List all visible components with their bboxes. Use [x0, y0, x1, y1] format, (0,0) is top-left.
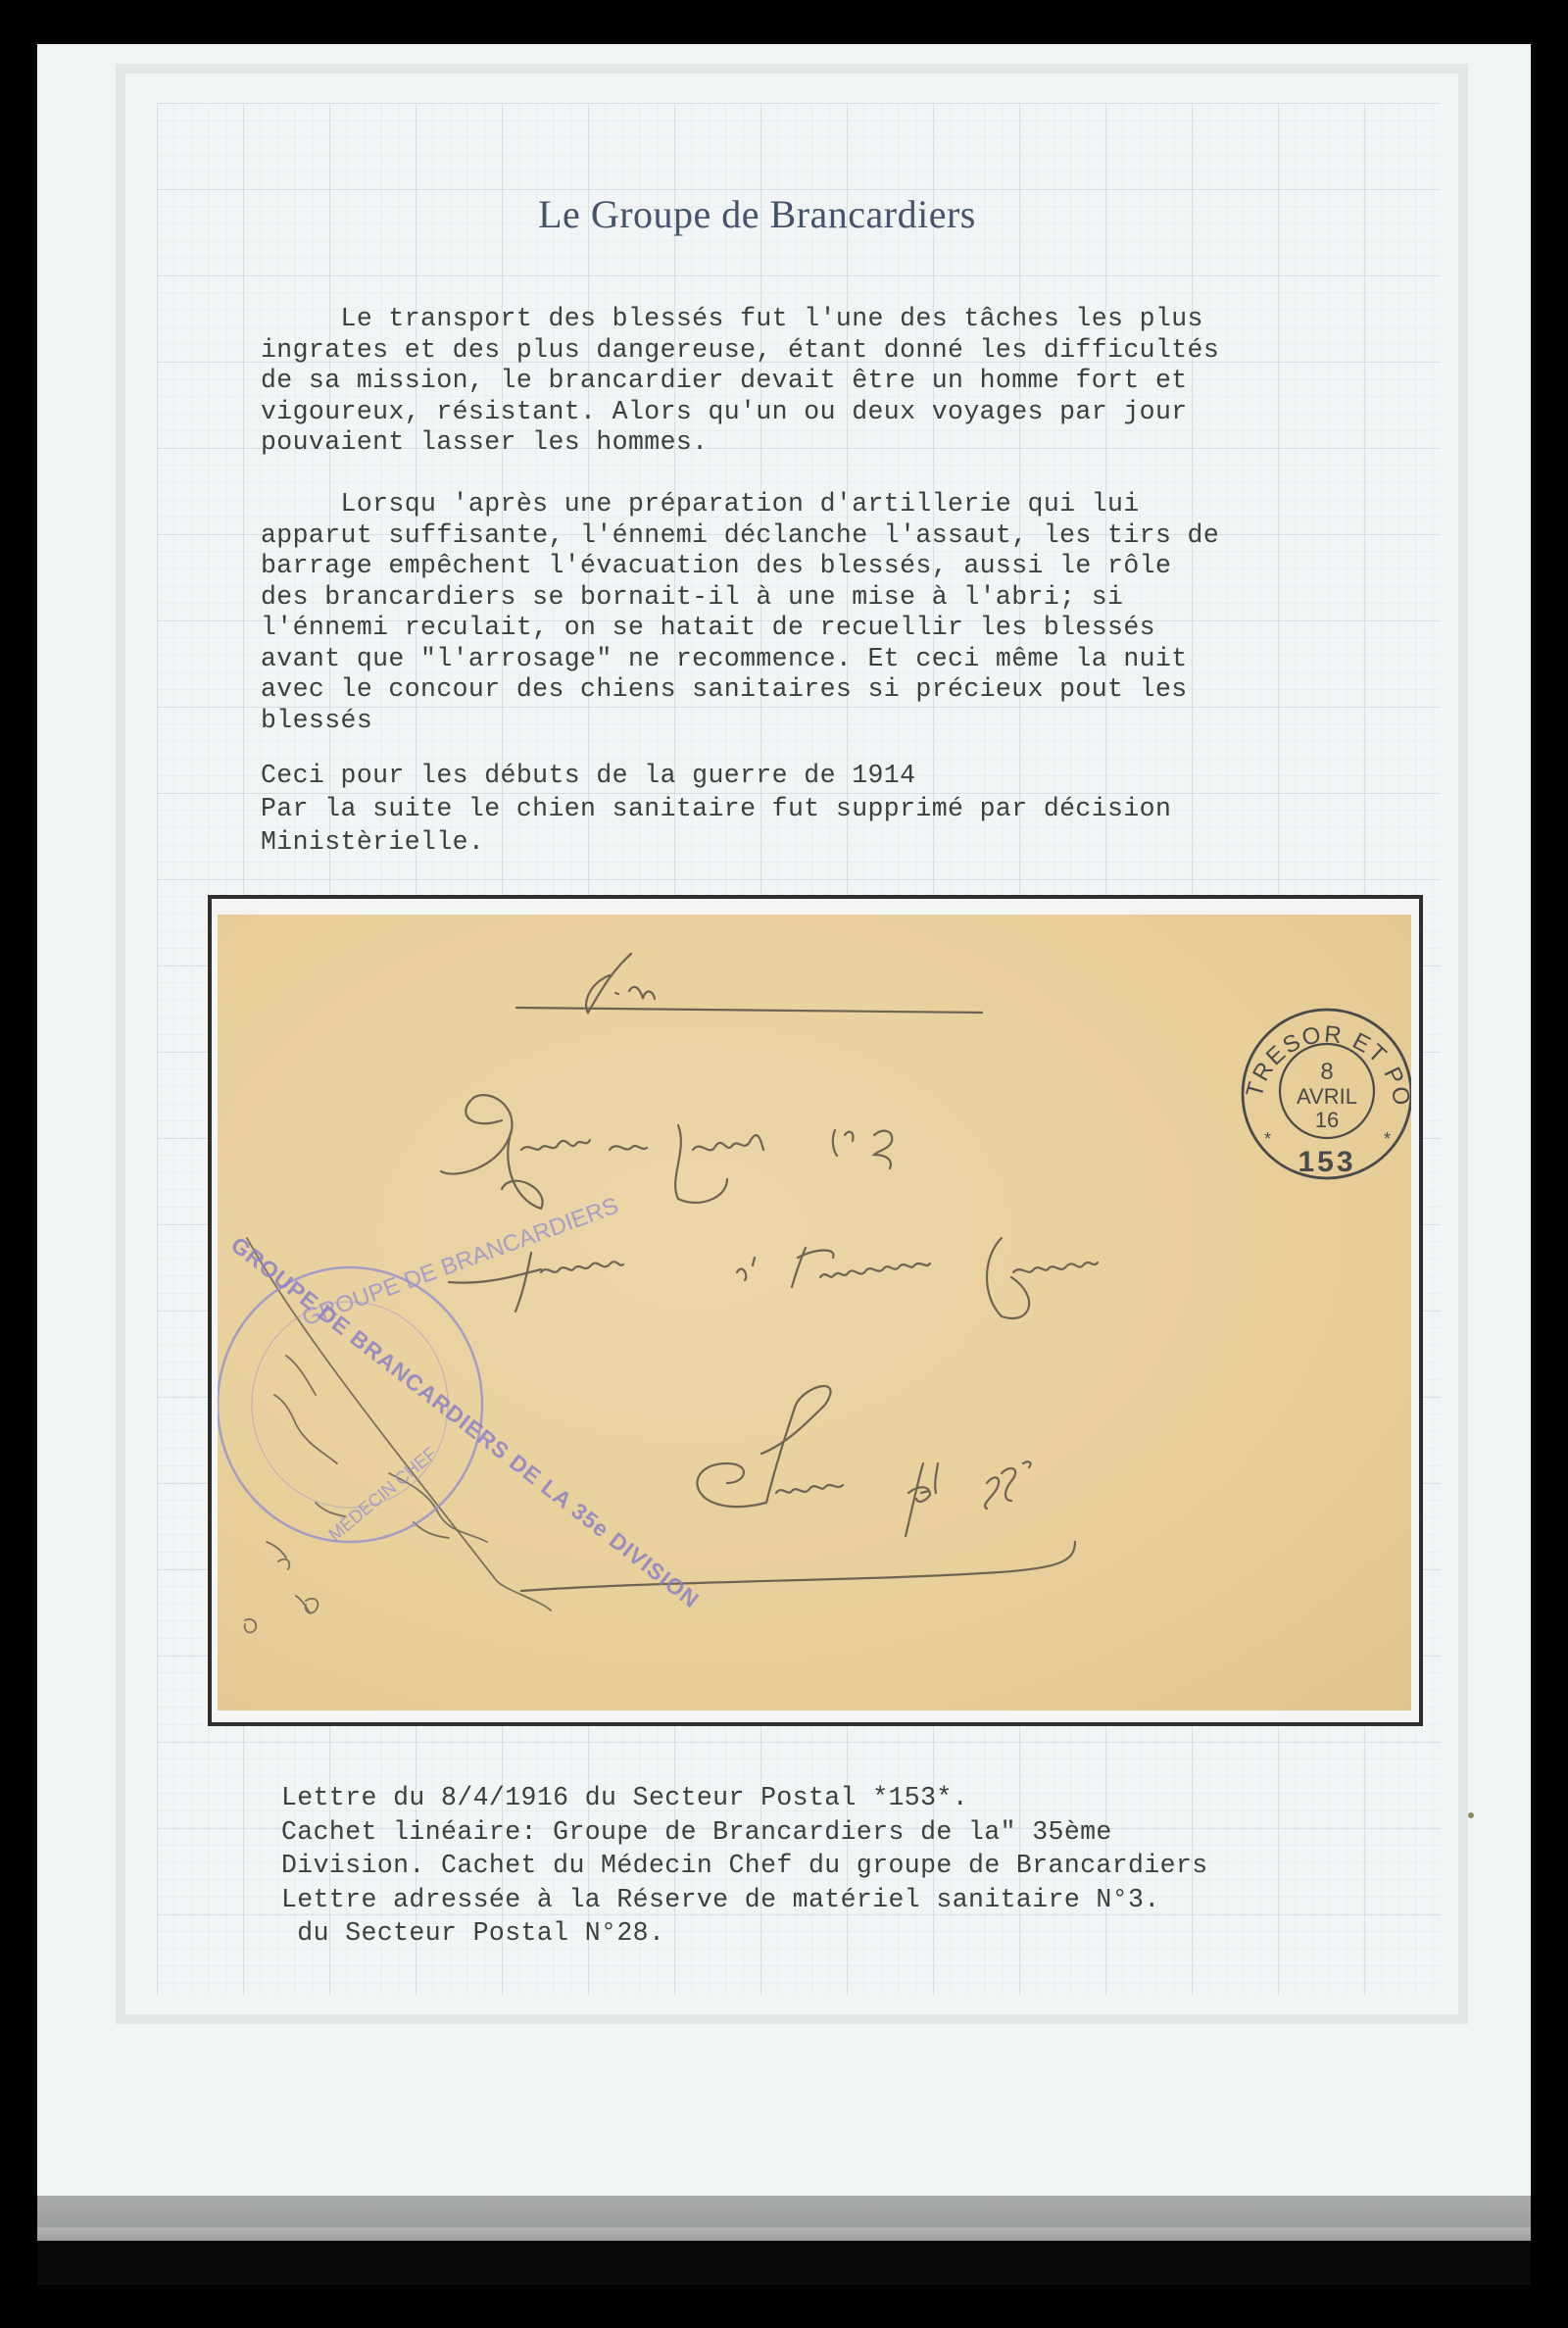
- address-line-3-handwriting: [521, 1386, 1075, 1591]
- postmark-month: AVRIL: [1297, 1084, 1357, 1109]
- envelope-cover: GROUPE DE BRANCARDIERS MÉDECIN CHEF GROU…: [218, 915, 1411, 1710]
- paper-speck: [1468, 1812, 1474, 1818]
- postmark-star-left: *: [1264, 1129, 1271, 1149]
- paragraph-transport: Le transport des blessés fut l'une des t…: [261, 304, 1219, 459]
- dark-background: [37, 2241, 1531, 2285]
- postmark-star-right: *: [1384, 1129, 1391, 1149]
- postmark-day: 8: [1320, 1059, 1333, 1085]
- postmark-sector: 153: [1298, 1146, 1355, 1178]
- linear-cachet-text: GROUPE DE BRANCARDIERS DE LA 35e DIVISIO…: [226, 1231, 705, 1612]
- address-line-2-handwriting: [449, 1238, 1098, 1318]
- postmark-year: 16: [1315, 1108, 1339, 1132]
- address-line-1-handwriting: [441, 1095, 892, 1209]
- page-title: Le Groupe de Brancardiers: [0, 191, 1514, 237]
- paragraph-war-start: Ceci pour les débuts de la guerre de 191…: [261, 759, 1171, 859]
- franchise-handwriting: [516, 954, 982, 1013]
- cover-caption: Lettre du 8/4/1916 du Secteur Postal *15…: [281, 1781, 1208, 1951]
- album-page-edge: [37, 2196, 1531, 2241]
- paragraph-assault: Lorsqu 'après une préparation d'artiller…: [261, 489, 1219, 736]
- round-cachet-text: GROUPE DE BRANCARDIERS: [299, 1193, 622, 1332]
